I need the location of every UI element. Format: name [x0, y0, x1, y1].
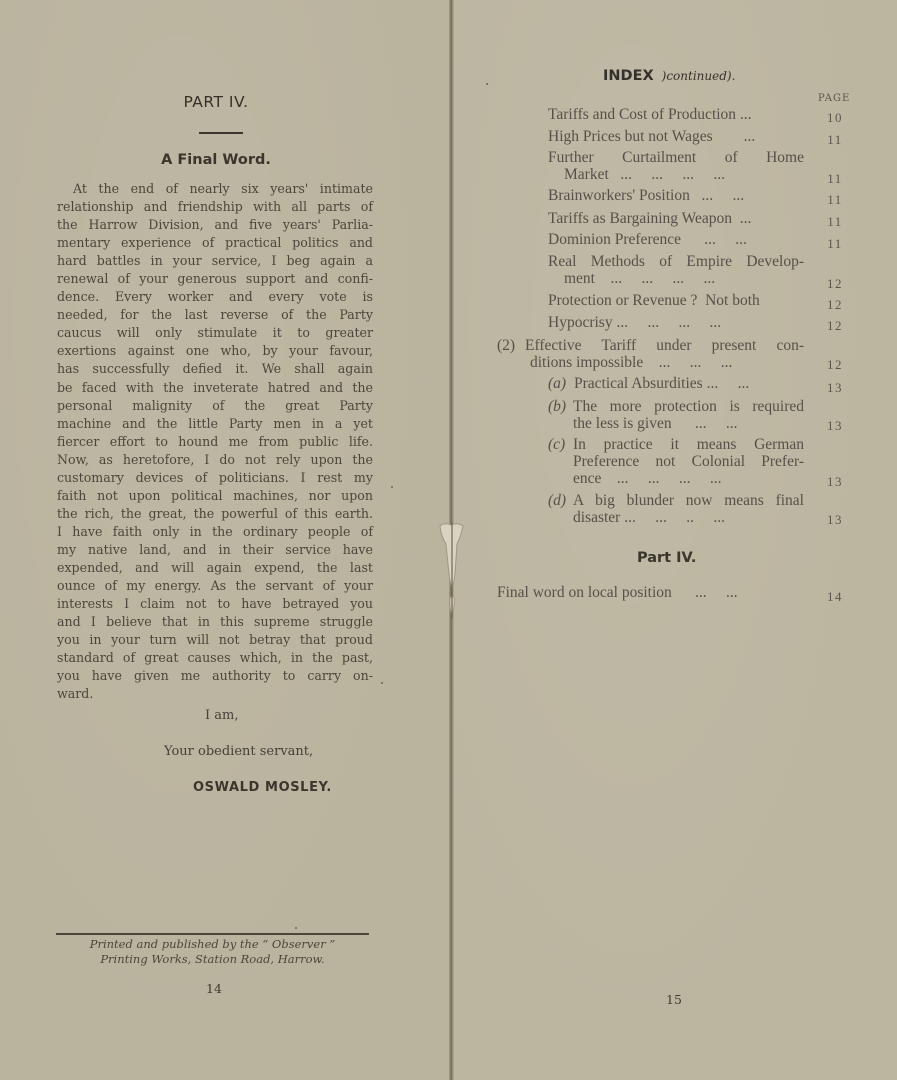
body-line: you have given me authority to carry on- — [57, 667, 373, 685]
index-entry: Brainworkers' Position ... ... — [548, 187, 804, 204]
index-title-suffix: )continued). — [662, 69, 736, 83]
paper-speck — [391, 486, 393, 488]
body-line: my native land, and in their service hav… — [57, 541, 373, 559]
entry-page: 11 — [818, 192, 852, 208]
body-line: hard battles in your service, I beg agai… — [57, 252, 373, 270]
body-line: be faced with the inveterate hatred and … — [57, 379, 373, 397]
entry-page: 11 — [818, 132, 852, 148]
index-title: INDEX)continued). — [603, 68, 735, 84]
paper-speck — [295, 927, 297, 929]
body-line: exertions against one who, by your favou… — [57, 342, 373, 360]
entry-page: 12 — [818, 318, 852, 334]
body-line: mentary experience of practical politics… — [57, 234, 373, 252]
entry-text: Dominion Preference ... ... — [548, 231, 804, 248]
index-entry: High Prices but not Wages ... — [548, 128, 804, 145]
body-line: relationship and friendship with all par… — [57, 198, 373, 216]
body-line: standard of great causes which, in the p… — [57, 649, 373, 667]
entry-text: Final word on local position ... ... — [497, 584, 804, 601]
index-entry: Real Methods of Empire Develop- ment ...… — [548, 253, 804, 287]
entry-page: 13 — [818, 380, 852, 396]
entry-text: A big blunder now means final — [573, 492, 804, 509]
index-entry: Tariffs as Bargaining Weapon ... — [548, 210, 804, 227]
binding-tear-mark — [437, 522, 467, 618]
body-line: interests I claim not to have betrayed y… — [57, 595, 373, 613]
valediction: Your obedient servant, — [164, 744, 313, 759]
entry-text: Protection or Revenue ? Not both — [548, 292, 804, 309]
body-line: machine and the little Party men in a ye… — [57, 415, 373, 433]
entry-label: (b) — [548, 398, 566, 415]
entry-text: ment ... ... ... ... — [548, 270, 804, 287]
entry-page: 12 — [818, 276, 852, 292]
entry-text: ence ... ... ... ... — [573, 470, 804, 487]
index-entry: Further Curtailment of Home Market ... .… — [548, 149, 804, 183]
body-line: the Harrow Division, and five years' Par… — [57, 216, 373, 234]
entry-text: Tariffs and Cost of Production ... — [548, 106, 804, 123]
body-line: the rich, the great, the powerful of thi… — [57, 505, 373, 523]
body-line: Now, as heretofore, I do not rely upon t… — [57, 451, 373, 469]
index-entry: (d) A big blunder now means final disast… — [548, 492, 804, 526]
index-entry: (2) Effective Tariff under present con- … — [497, 337, 804, 371]
index-entry: Protection or Revenue ? Not both — [548, 292, 804, 309]
body-line: caucus will only stimulate it to greater — [57, 324, 373, 342]
index-entry: Dominion Preference ... ... — [548, 231, 804, 248]
paper-speck — [381, 682, 383, 684]
entry-text: Market ... ... ... ... — [548, 166, 804, 183]
body-line: needed, for the last reverse of the Part… — [57, 306, 373, 324]
entry-text: High Prices but not Wages ... — [548, 128, 804, 145]
letter-body: At the end of nearly six years' intimate… — [57, 180, 373, 703]
body-line: personal malignity of the great Party — [57, 397, 373, 415]
entry-text: The more protection is required — [573, 398, 804, 415]
entry-text: Real Methods of Empire Develop- — [548, 253, 804, 270]
body-line: faith not upon political machines, nor u… — [57, 487, 373, 505]
page-number-right: 15 — [666, 992, 682, 1007]
entry-page: 13 — [818, 512, 852, 528]
entry-page: 13 — [818, 418, 852, 434]
signature: OSWALD MOSLEY. — [193, 780, 332, 795]
footer-rule — [56, 933, 369, 935]
entry-page: 11 — [818, 171, 852, 187]
entry-page: 12 — [818, 357, 852, 373]
index-entry: Tariffs and Cost of Production ... — [548, 106, 804, 123]
part-title: PART IV. — [0, 93, 432, 111]
body-line: customary devices of politicians. I rest… — [57, 469, 373, 487]
entry-text: ditions impossible ... ... ... — [530, 354, 804, 371]
entry-text: disaster ... ... .. ... — [573, 509, 804, 526]
body-line: ward. — [57, 685, 373, 703]
section-title: A Final Word. — [0, 152, 432, 168]
entry-label: (a) — [548, 375, 566, 392]
entry-text: Effective Tariff under present con- — [525, 337, 804, 354]
body-line: expended, and will again expend, the las… — [57, 559, 373, 577]
imprint: Printed and published by the “ Observer … — [56, 937, 369, 966]
body-line: ounce of my energy. As the servant of yo… — [57, 577, 373, 595]
index-entry: Final word on local position ... ... — [497, 584, 804, 601]
body-line: has successfully defied it. We shall aga… — [57, 360, 373, 378]
closing: I am, — [205, 708, 238, 723]
title-rule — [199, 132, 243, 134]
paper-speck — [486, 83, 488, 85]
left-page: PART IV. A Final Word. At the end of nea… — [0, 0, 452, 1080]
body-line: At the end of nearly six years' intimate — [57, 180, 373, 198]
index-entry: (a) Practical Absurdities ... ... — [548, 375, 804, 392]
entry-text: the less is given ... ... — [573, 415, 804, 432]
index-entry: Hypocrisy ... ... ... ... — [548, 314, 804, 331]
entry-text: Tariffs as Bargaining Weapon ... — [548, 210, 804, 227]
body-line: I have faith only in the ordinary people… — [57, 523, 373, 541]
page-column-label: PAGE — [818, 93, 850, 104]
entry-page: 10 — [818, 110, 852, 126]
imprint-line: Printed and published by the “ Observer … — [56, 937, 369, 952]
entry-text: Practical Absurdities ... ... — [574, 375, 804, 392]
entry-label: (2) — [497, 337, 515, 354]
entry-page: 13 — [818, 474, 852, 490]
index-title-text: INDEX — [603, 68, 654, 84]
entry-page: 14 — [818, 589, 852, 605]
entry-page: 11 — [818, 214, 852, 230]
body-line: you in your turn will not betray that pr… — [57, 631, 373, 649]
entry-page: 11 — [818, 236, 852, 252]
entry-text: Brainworkers' Position ... ... — [548, 187, 804, 204]
imprint-line: Printing Works, Station Road, Harrow. — [56, 952, 369, 967]
body-line: dence. Every worker and every vote is — [57, 288, 373, 306]
entry-page: 12 — [818, 297, 852, 313]
entry-text: Preference not Colonial Prefer- — [573, 453, 804, 470]
entry-text: Further Curtailment of Home — [548, 149, 804, 166]
entry-text: Hypocrisy ... ... ... ... — [548, 314, 804, 331]
entry-label: (d) — [548, 492, 566, 509]
part-iv-heading: Part IV. — [637, 550, 696, 566]
page-number-left: 14 — [206, 981, 222, 996]
index-entry: (c) In practice it means German Preferen… — [548, 436, 804, 487]
entry-text: In practice it means German — [573, 436, 804, 453]
body-line: renewal of your generous support and con… — [57, 270, 373, 288]
index-entry: (b) The more protection is required the … — [548, 398, 804, 432]
body-line: and I believe that in this supreme strug… — [57, 613, 373, 631]
body-line: fiercer effort to hound me from public l… — [57, 433, 373, 451]
entry-label: (c) — [548, 436, 565, 453]
